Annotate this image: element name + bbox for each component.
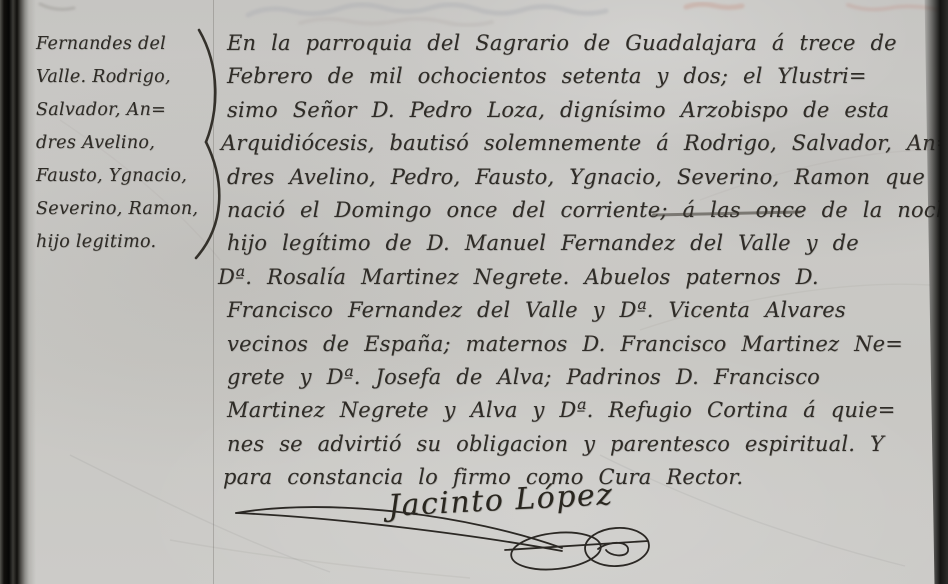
entry-line: Arquidiócesis, bautisó solemnemente á Ro… xyxy=(221,127,948,160)
margin-line: Valle. Rodrigo, xyxy=(36,61,206,94)
margin-line: Salvador, An= xyxy=(36,94,206,127)
margin-note: Fernandes del Valle. Rodrigo, Salvador, … xyxy=(36,28,206,259)
entry-line: Francisco Fernandez del Valle y Dª. Vice… xyxy=(227,294,948,327)
entry-line: hijo legítimo de D. Manuel Fernandez del… xyxy=(227,227,948,260)
margin-line: hijo legitimo. xyxy=(36,226,206,259)
entry-line: nes se advirtió su obligacion y parentes… xyxy=(227,428,948,461)
scanned-register-page: Fernandes del Valle. Rodrigo, Salvador, … xyxy=(0,0,948,584)
entry-line: Martinez Negrete y Alva y Dª. Refugio Co… xyxy=(227,394,948,427)
entry-line: Febrero de mil ochocientos setenta y dos… xyxy=(227,60,948,93)
margin-line: Severino, Ramon, xyxy=(36,193,206,226)
margin-line: dres Avelino, xyxy=(36,127,206,160)
entry-line: vecinos de España; maternos D. Francisco… xyxy=(227,328,948,361)
margin-line: Fernandes del xyxy=(36,28,206,61)
entry-line: dres Avelino, Pedro, Fausto, Ygnacio, Se… xyxy=(227,161,948,194)
margin-line: Fausto, Ygnacio, xyxy=(36,160,206,193)
entry-text: En la parroquia del Sagrario de Guadalaj… xyxy=(227,27,948,495)
bleed-through-text xyxy=(40,4,940,25)
entry-line: grete y Dª. Josefa de Alva; Padrinos D. … xyxy=(227,361,948,394)
entry-line: Dª. Rosalía Martinez Negrete. Abuelos pa… xyxy=(218,261,948,294)
column-rule-line xyxy=(213,0,214,584)
entry-line: nació el Domingo once del corriente; á l… xyxy=(227,194,948,227)
entry-line: simo Señor D. Pedro Loza, dignísimo Arzo… xyxy=(227,94,948,127)
book-binding-edge xyxy=(0,0,36,584)
entry-line: En la parroquia del Sagrario de Guadalaj… xyxy=(227,27,948,60)
